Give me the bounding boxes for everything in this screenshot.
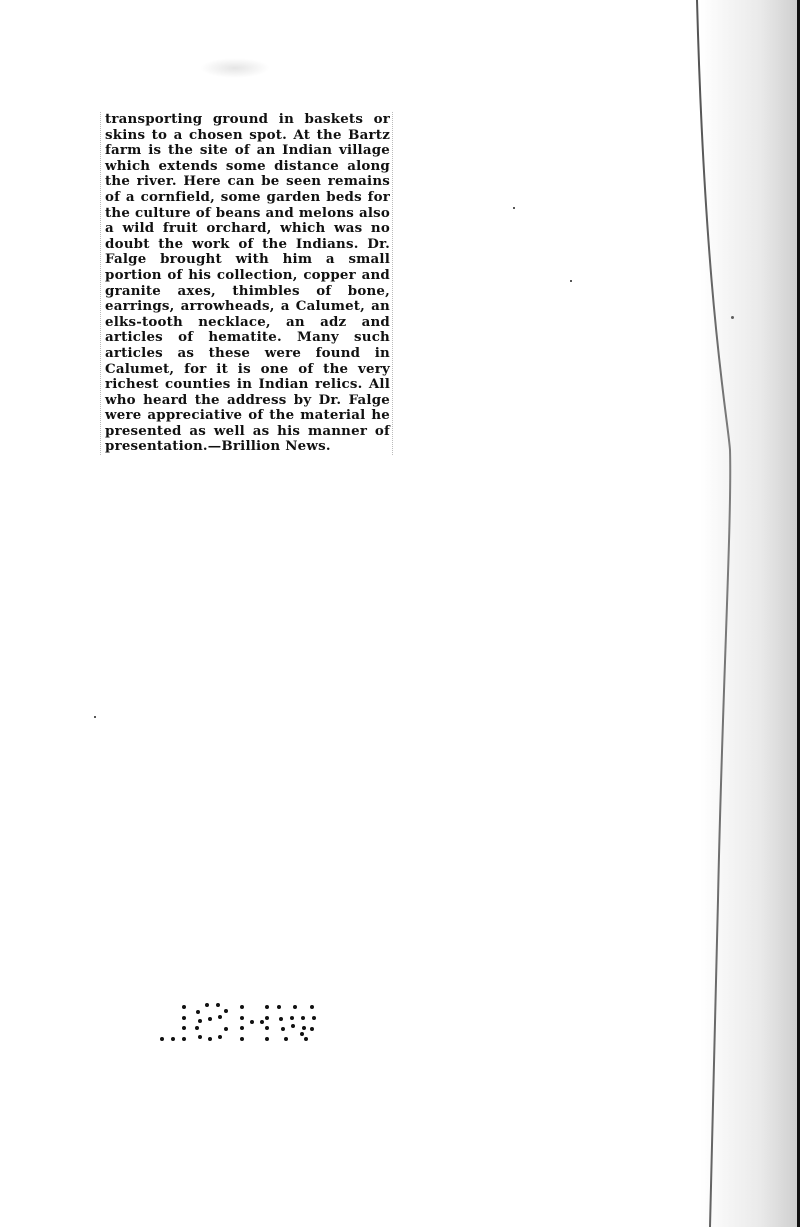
perforation-dot bbox=[224, 1009, 228, 1013]
perforation-dot bbox=[240, 1037, 244, 1041]
perforation-dot bbox=[291, 1024, 295, 1028]
newspaper-clipping: transporting ground in baskets or skins … bbox=[100, 112, 393, 455]
perforation-dot bbox=[284, 1037, 288, 1041]
perforation-dot bbox=[182, 1005, 186, 1009]
perforation-dot bbox=[195, 1026, 199, 1030]
perforation-dot bbox=[302, 1026, 306, 1030]
perforation-dot bbox=[160, 1037, 164, 1041]
perforation-dot bbox=[293, 1005, 297, 1009]
perforation-dot bbox=[208, 1017, 212, 1021]
perforation-dot bbox=[216, 1003, 220, 1007]
perforation-dot bbox=[290, 1016, 294, 1020]
scanned-page: transporting ground in baskets or skins … bbox=[0, 0, 800, 1227]
perforation-dot bbox=[312, 1016, 316, 1020]
speck bbox=[94, 716, 96, 718]
perforation-dot bbox=[250, 1020, 254, 1024]
perforation-dot bbox=[301, 1016, 305, 1020]
perforation-dot bbox=[182, 1016, 186, 1020]
perforation-dot bbox=[300, 1032, 304, 1036]
perforation-dot bbox=[310, 1027, 314, 1031]
perforation-dot bbox=[198, 1019, 202, 1023]
perforation-dot bbox=[265, 1037, 269, 1041]
speck bbox=[570, 280, 572, 282]
perforation-dot bbox=[279, 1017, 283, 1021]
speck bbox=[513, 207, 515, 209]
perforation-dot bbox=[265, 1016, 269, 1020]
perforation-dot bbox=[182, 1037, 186, 1041]
page-edge-shadow bbox=[700, 0, 800, 1227]
perforation-dot bbox=[310, 1005, 314, 1009]
perforation-dot bbox=[304, 1037, 308, 1041]
perforation-dot bbox=[224, 1027, 228, 1031]
perforation-dot bbox=[281, 1027, 285, 1031]
smudge-mark bbox=[200, 58, 270, 78]
perforation-dot bbox=[196, 1010, 200, 1014]
perforation-dot bbox=[171, 1037, 175, 1041]
perforation-dot bbox=[277, 1005, 281, 1009]
perforation-dot bbox=[218, 1015, 222, 1019]
article-text: transporting ground in baskets or skins … bbox=[105, 112, 390, 455]
perforation-dot bbox=[218, 1035, 222, 1039]
perforation-dot bbox=[182, 1026, 186, 1030]
perforation-dot bbox=[240, 1026, 244, 1030]
perforation-dot bbox=[260, 1020, 264, 1024]
perforation-dot bbox=[240, 1005, 244, 1009]
perforation-dot bbox=[240, 1016, 244, 1020]
perforation-dot bbox=[208, 1037, 212, 1041]
perforation-dot bbox=[265, 1005, 269, 1009]
perforation-dot bbox=[205, 1003, 209, 1007]
perforation-dot bbox=[198, 1035, 202, 1039]
perforation-dot bbox=[265, 1026, 269, 1030]
